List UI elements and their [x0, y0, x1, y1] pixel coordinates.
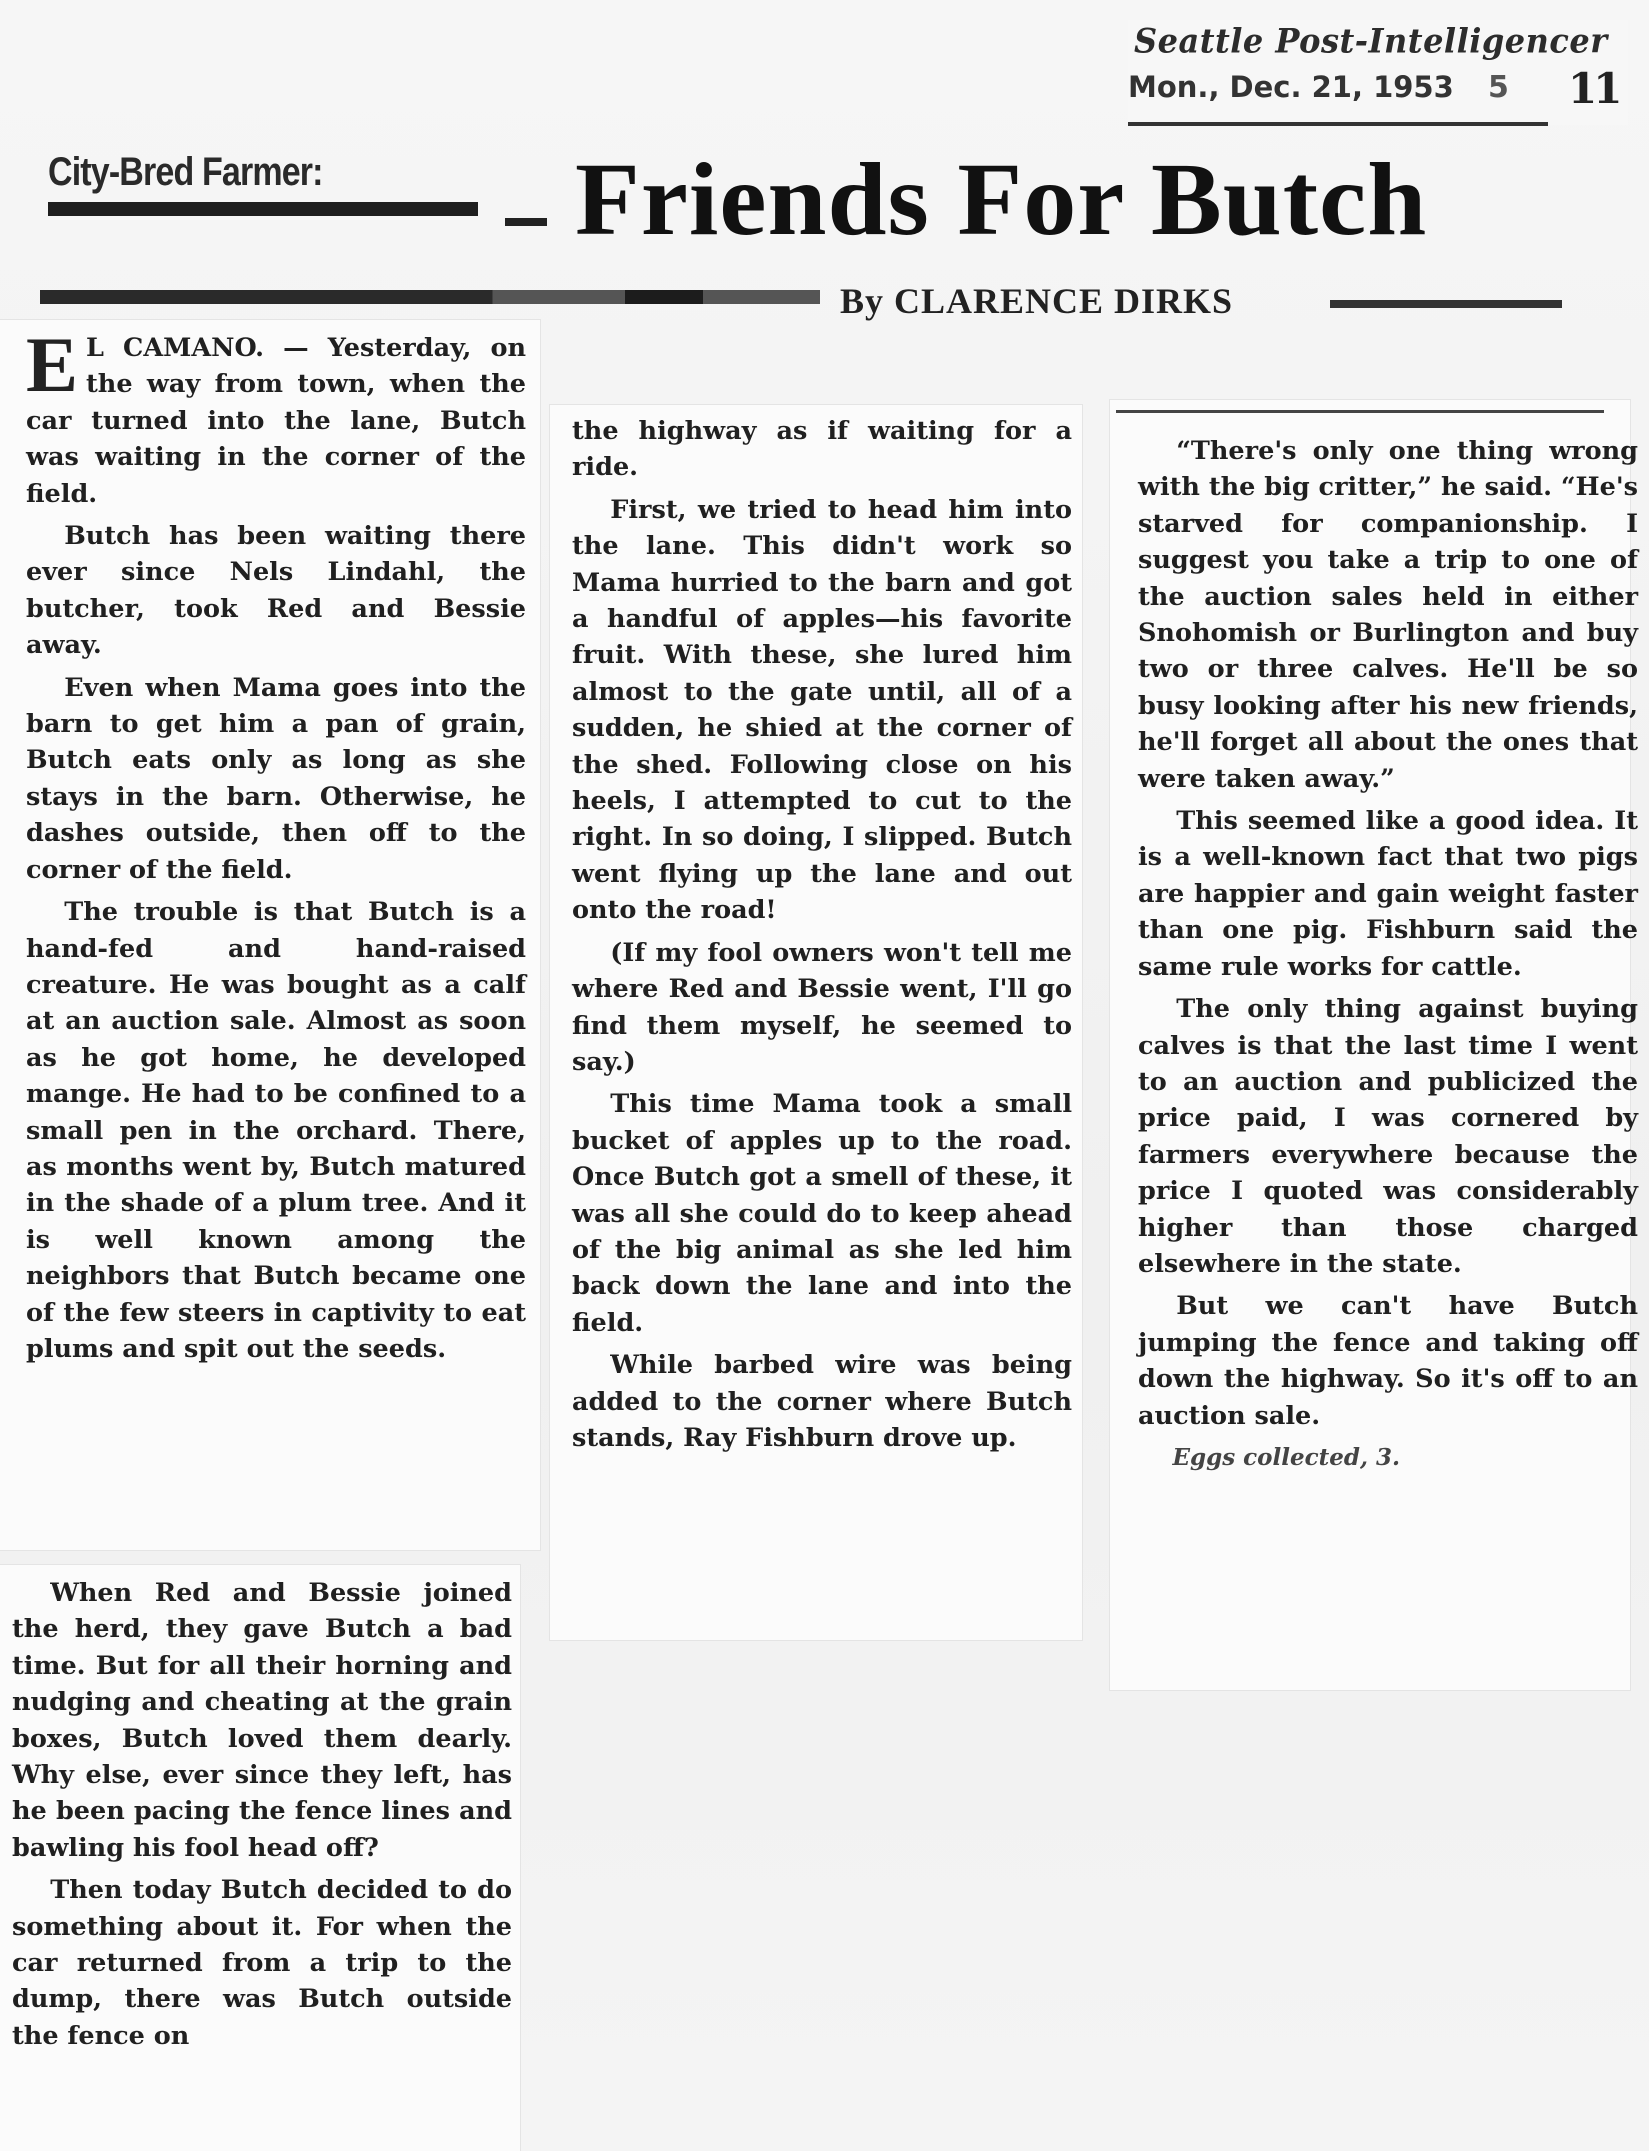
publication-date: Mon., Dec. 21, 1953	[1128, 70, 1454, 104]
article-column-1-bottom: When Red and Bessie joined the herd, the…	[12, 1575, 512, 2151]
page-number: 11	[1568, 64, 1618, 113]
section-number: 5	[1488, 70, 1509, 105]
paragraph-text: L CAMANO. — Yesterday, on the way from t…	[26, 333, 526, 509]
paragraph: When Red and Bessie joined the herd, the…	[12, 1575, 512, 1866]
paragraph: While barbed wire was being added to the…	[572, 1347, 1072, 1456]
paragraph: First, we tried to head him into the lan…	[572, 492, 1072, 929]
lead-paragraph: EL CAMANO. — Yesterday, on the way from …	[26, 330, 526, 512]
paragraph: But we can't have Butch jumping the fenc…	[1138, 1288, 1638, 1434]
paragraph: This time Mama took a small bucket of ap…	[572, 1086, 1072, 1341]
paragraph: Then today Butch decided to do something…	[12, 1872, 512, 2054]
paragraph: (If my fool owners won't tell me where R…	[572, 935, 1072, 1081]
paragraph: This seemed like a good idea. It is a we…	[1138, 803, 1638, 985]
column-3-top-rule	[1116, 410, 1604, 413]
paragraph: The trouble is that Butch is a hand-fed …	[26, 894, 526, 1367]
paragraph: The only thing against buying calves is …	[1138, 991, 1638, 1282]
paragraph: Butch has been waiting there ever since …	[26, 518, 526, 664]
article-column-1-top: EL CAMANO. — Yesterday, on the way from …	[26, 330, 526, 1530]
article-column-3: “There's only one thing wrong with the b…	[1138, 433, 1638, 1633]
headline-title: Friends For Butch	[575, 140, 1427, 259]
paragraph: “There's only one thing wrong with the b…	[1138, 433, 1638, 797]
byline: By CLARENCE DIRKS	[840, 280, 1233, 322]
paragraph: Even when Mama goes into the barn to get…	[26, 670, 526, 888]
masthead-rule	[1128, 122, 1548, 126]
masthead-clipping: Seattle Post-Intelligencer Mon., Dec. 21…	[1128, 20, 1628, 125]
kicker-underline	[48, 202, 478, 216]
paragraph: the highway as if waiting for a ride.	[572, 413, 1072, 486]
article-column-2: the highway as if waiting for a ride. Fi…	[572, 413, 1072, 1613]
byline-rule-left	[40, 290, 820, 304]
signoff-note: Eggs collected, 3.	[1138, 1440, 1638, 1476]
headline-dash	[505, 218, 547, 226]
newspaper-name: Seattle Post-Intelligencer	[1134, 21, 1608, 61]
drop-cap: E	[26, 334, 78, 396]
column-kicker: City-Bred Farmer:	[48, 150, 323, 195]
byline-rule-right	[1330, 300, 1562, 308]
